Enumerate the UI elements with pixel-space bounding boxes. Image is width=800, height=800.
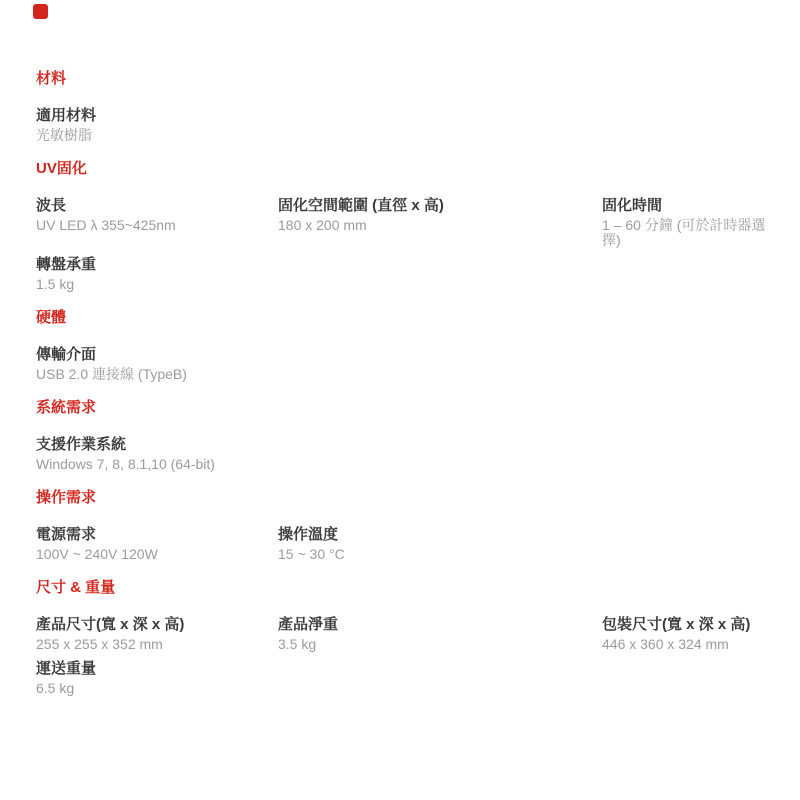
spec-row: 支援作業系統 Windows 7, 8, 8.1,10 (64-bit): [36, 437, 770, 472]
spec-row: 電源需求 100V ~ 240V 120W 操作溫度 15 ~ 30 °C: [36, 527, 770, 562]
section-hardware: 硬體 傳輸介面 USB 2.0 連接線 (TypeB): [36, 310, 770, 382]
spec-item: 傳輸介面 USB 2.0 連接線 (TypeB): [36, 347, 278, 382]
spec-value: 1.5 kg: [36, 277, 278, 292]
spec-item: 包裝尺寸(寬 x 深 x 高) 446 x 360 x 324 mm: [602, 617, 770, 652]
spec-item: 固化空間範圍 (直徑 x 高) 180 x 200 mm: [278, 198, 602, 248]
spec-label: 適用材料: [36, 108, 278, 124]
spec-label: 電源需求: [36, 527, 278, 543]
spec-label: 產品淨重: [278, 617, 602, 633]
spec-row: 波長 UV LED λ 355~425nm 固化空間範圍 (直徑 x 高) 18…: [36, 198, 770, 248]
spec-value: UV LED λ 355~425nm: [36, 218, 278, 233]
spec-item: 運送重量 6.5 kg: [36, 661, 278, 696]
spec-label: 轉盤承重: [36, 257, 278, 273]
spec-value: Windows 7, 8, 8.1,10 (64-bit): [36, 457, 278, 472]
section-title: UV固化: [36, 161, 770, 177]
section-title: 系統需求: [36, 400, 770, 416]
spec-item: 波長 UV LED λ 355~425nm: [36, 198, 278, 248]
spec-row: 運送重量 6.5 kg: [36, 661, 770, 696]
spec-label: 運送重量: [36, 661, 278, 677]
section-title: 尺寸 & 重量: [36, 580, 770, 596]
spec-value: 255 x 255 x 352 mm: [36, 637, 278, 652]
spec-row: 適用材料 光敏樹脂: [36, 108, 770, 143]
spec-row: 轉盤承重 1.5 kg: [36, 257, 770, 292]
spec-label: 包裝尺寸(寬 x 深 x 高): [602, 617, 770, 633]
spec-item: 產品淨重 3.5 kg: [278, 617, 602, 652]
spec-label: 固化空間範圍 (直徑 x 高): [278, 198, 602, 214]
spec-label: 傳輸介面: [36, 347, 278, 363]
spec-label: 固化時間: [602, 198, 770, 214]
spec-value: 6.5 kg: [36, 681, 278, 696]
spec-label: 支援作業系統: [36, 437, 278, 453]
spec-value: USB 2.0 連接線 (TypeB): [36, 367, 278, 382]
spec-value: 15 ~ 30 °C: [278, 547, 602, 562]
spec-value: 光敏樹脂: [36, 128, 278, 143]
spec-value: 446 x 360 x 324 mm: [602, 637, 770, 652]
section-materials: 材料 適用材料 光敏樹脂: [36, 71, 770, 143]
section-title: 操作需求: [36, 490, 770, 506]
section-title: 硬體: [36, 310, 770, 326]
spec-item: 產品尺寸(寬 x 深 x 高) 255 x 255 x 352 mm: [36, 617, 278, 652]
spec-item: 操作溫度 15 ~ 30 °C: [278, 527, 602, 562]
spec-value: 3.5 kg: [278, 637, 602, 652]
spec-item: 固化時間 1 – 60 分鐘 (可於計時器選擇): [602, 198, 770, 248]
spec-label: 波長: [36, 198, 278, 214]
spec-value: 100V ~ 240V 120W: [36, 547, 278, 562]
spec-row: 傳輸介面 USB 2.0 連接線 (TypeB): [36, 347, 770, 382]
section-uv-curing: UV固化 波長 UV LED λ 355~425nm 固化空間範圍 (直徑 x …: [36, 161, 770, 292]
section-title: 材料: [36, 71, 770, 87]
spec-item: 支援作業系統 Windows 7, 8, 8.1,10 (64-bit): [36, 437, 278, 472]
section-system-requirements: 系統需求 支援作業系統 Windows 7, 8, 8.1,10 (64-bit…: [36, 400, 770, 472]
spec-label: 產品尺寸(寬 x 深 x 高): [36, 617, 278, 633]
spec-sheet-page: 材料 適用材料 光敏樹脂 UV固化 波長 UV LED λ 355~425nm …: [0, 0, 800, 800]
section-dimensions-weight: 尺寸 & 重量 產品尺寸(寬 x 深 x 高) 255 x 255 x 352 …: [36, 580, 770, 696]
spec-item: 適用材料 光敏樹脂: [36, 108, 278, 143]
spec-item: 轉盤承重 1.5 kg: [36, 257, 278, 292]
brand-logo-icon: [33, 4, 48, 19]
spec-value: 180 x 200 mm: [278, 218, 602, 233]
spec-value: 1 – 60 分鐘 (可於計時器選擇): [602, 218, 770, 248]
spec-row: 產品尺寸(寬 x 深 x 高) 255 x 255 x 352 mm 產品淨重 …: [36, 617, 770, 652]
section-operation-requirements: 操作需求 電源需求 100V ~ 240V 120W 操作溫度 15 ~ 30 …: [36, 490, 770, 562]
spec-label: 操作溫度: [278, 527, 602, 543]
spec-item: 電源需求 100V ~ 240V 120W: [36, 527, 278, 562]
